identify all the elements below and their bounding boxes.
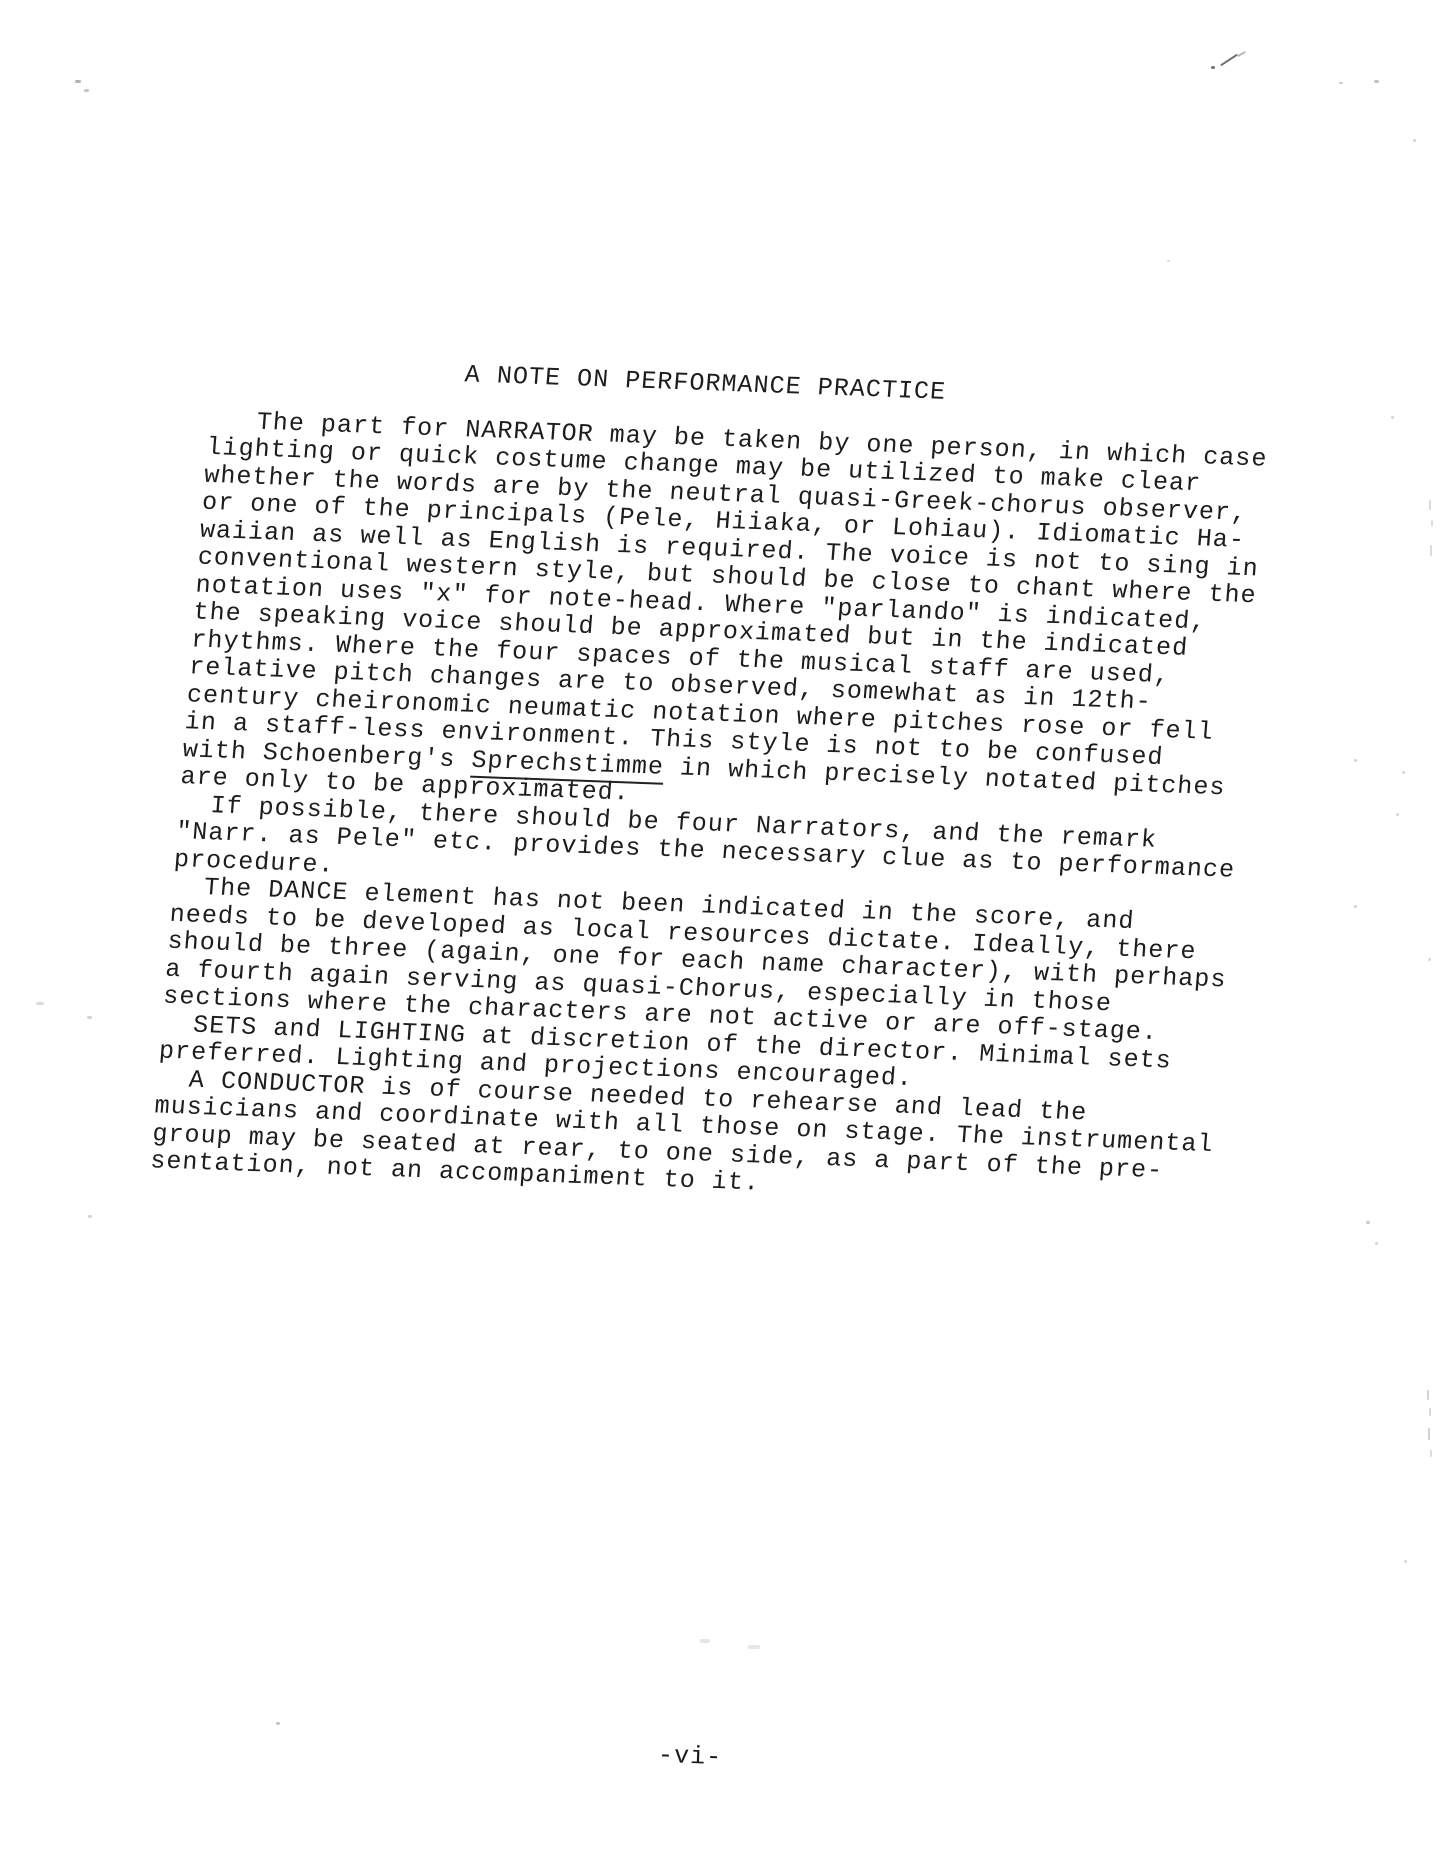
scan-speck xyxy=(1428,958,1431,961)
pencil-mark-icon xyxy=(1237,51,1246,57)
scan-speck xyxy=(748,1645,760,1649)
page-title: A NOTE ON PERFORMANCE PRACTICE xyxy=(464,361,1344,421)
scan-speck xyxy=(1427,1390,1429,1400)
scan-speck xyxy=(1354,905,1357,908)
scan-speck xyxy=(1354,759,1357,762)
page-number: -vi- xyxy=(658,1741,723,1772)
scan-speck xyxy=(1167,260,1170,262)
scan-speck xyxy=(1430,545,1432,556)
scan-speck xyxy=(1430,1450,1432,1457)
scan-speck xyxy=(1391,416,1394,419)
typewritten-text-block: A NOTE ON PERFORMANCE PRACTICE The part … xyxy=(149,352,1343,1216)
scan-speck xyxy=(84,89,89,92)
pencil-mark-icon xyxy=(1220,54,1238,67)
scan-speck xyxy=(276,1722,280,1725)
scan-speck xyxy=(1375,1242,1378,1245)
scan-speck xyxy=(36,1002,44,1005)
scan-speck xyxy=(1413,139,1416,142)
scan-speck xyxy=(1431,520,1433,527)
scan-speck xyxy=(700,1639,710,1643)
scan-speck xyxy=(1366,1221,1370,1224)
scan-speck xyxy=(1429,500,1431,510)
scan-speck xyxy=(87,1016,92,1019)
scan-speck xyxy=(1428,1428,1430,1440)
scan-speck xyxy=(1396,813,1399,816)
scan-speck xyxy=(1402,771,1405,774)
scan-speck xyxy=(1429,1408,1431,1416)
scan-speck xyxy=(88,1215,92,1218)
scan-speck xyxy=(1374,80,1379,83)
scan-speck xyxy=(1404,1560,1407,1563)
scan-speck xyxy=(1339,82,1343,84)
scan-speck xyxy=(75,80,81,83)
body-lines: The part for NARRATOR may be taken by on… xyxy=(149,406,1339,1216)
pencil-mark-icon xyxy=(1211,66,1215,69)
scanned-document-page: A NOTE ON PERFORMANCE PRACTICE The part … xyxy=(0,0,1445,1870)
